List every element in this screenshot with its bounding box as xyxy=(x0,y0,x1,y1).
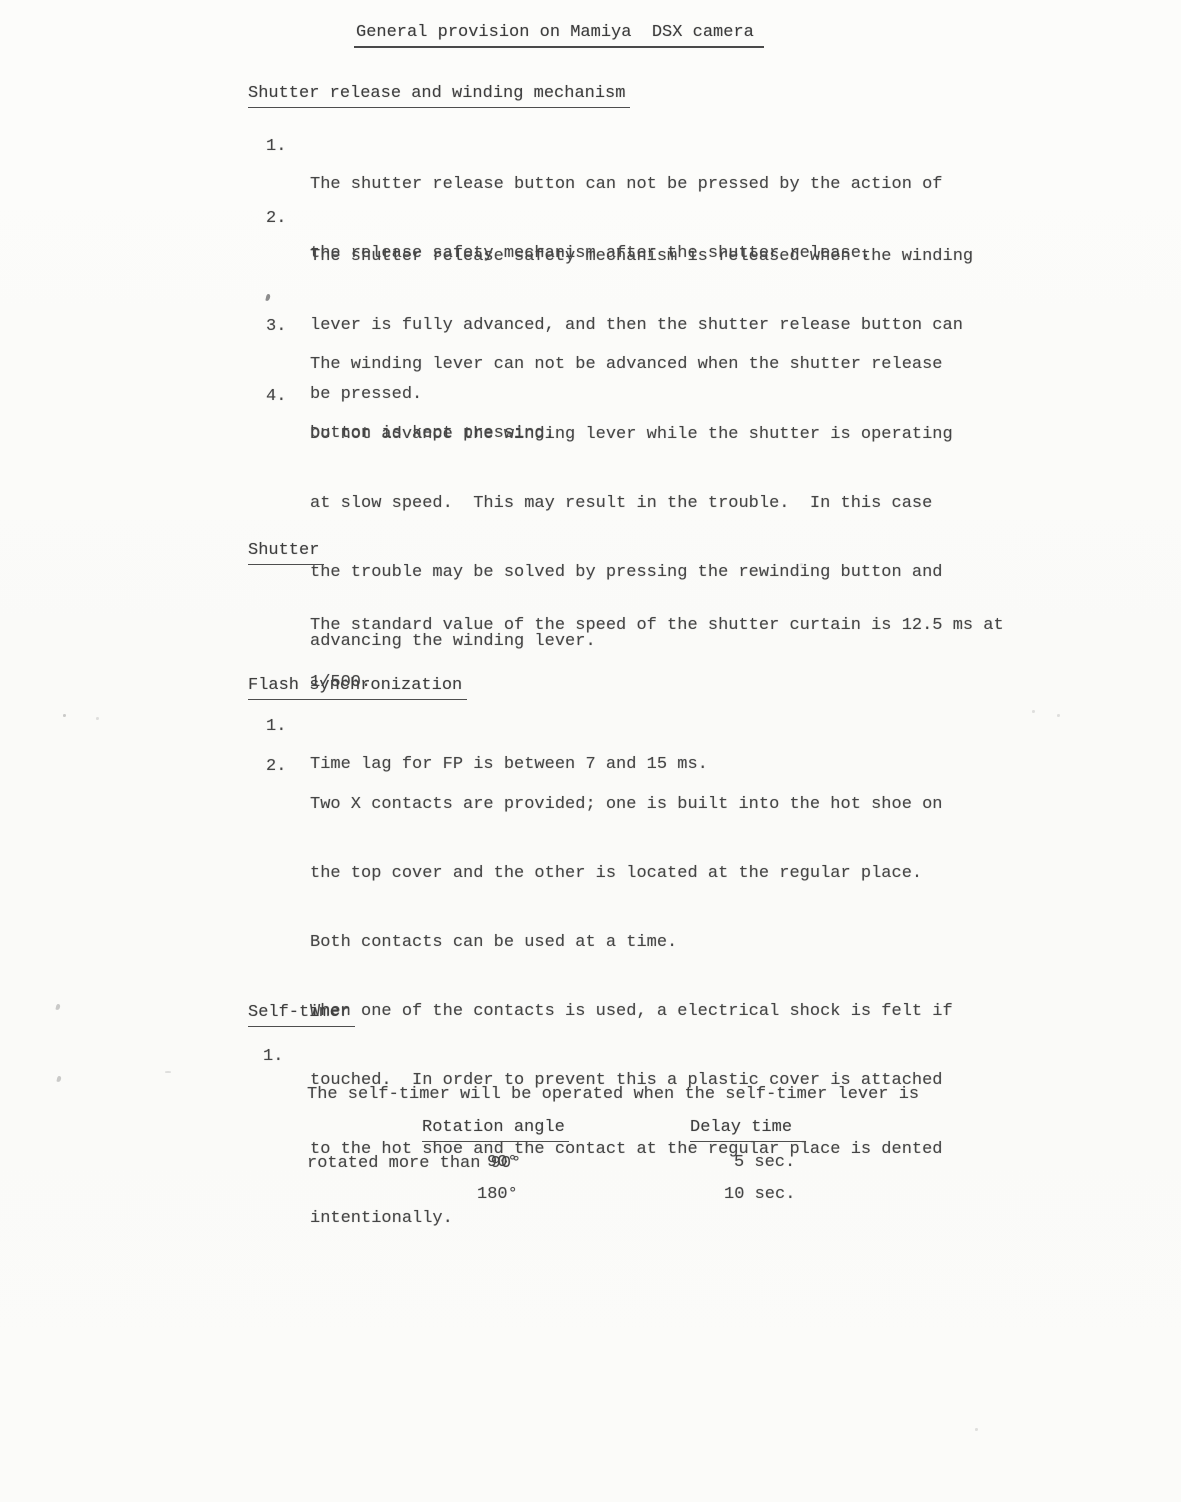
text-line: at slow speed. This may result in the tr… xyxy=(310,488,953,519)
list-item-text: The self-timer will be operated when the… xyxy=(307,1041,919,1217)
text-line: rotated more than 90° xyxy=(307,1148,919,1179)
section-heading-shutter: Shutter xyxy=(248,541,324,565)
scan-speck xyxy=(1057,714,1060,717)
text-line: The standard value of the speed of the s… xyxy=(310,616,1004,635)
scan-speck xyxy=(96,717,99,720)
text-line: Do not advance the winding lever while t… xyxy=(310,419,953,450)
text-line: the top cover and the other is located a… xyxy=(310,858,953,889)
table-cell-angle: 180° xyxy=(477,1185,518,1205)
shutter-paragraph: The standard value of the speed of the s… xyxy=(310,578,1004,730)
table-cell-delay: 5 sec. xyxy=(734,1153,795,1173)
text-line: When one of the contacts is used, a elec… xyxy=(310,996,953,1027)
text-line: The shutter release button can not be pr… xyxy=(310,169,943,200)
table-header-rotation-angle: Rotation angle xyxy=(422,1118,569,1142)
section-heading-shutter-release: Shutter release and winding mechanism xyxy=(248,84,630,108)
text-line: Both contacts can be used at a time. xyxy=(310,927,953,958)
scan-speck xyxy=(1032,710,1035,713)
scan-speck xyxy=(56,1076,61,1083)
scan-speck xyxy=(63,714,66,717)
text-line: The self-timer will be operated when the… xyxy=(307,1079,919,1110)
table-cell-delay: 10 sec. xyxy=(724,1185,795,1205)
text-line: The shutter release safety mechanism is … xyxy=(310,241,973,272)
scan-speck xyxy=(165,1071,171,1073)
text-line: The winding lever can not be advanced wh… xyxy=(310,349,943,380)
section-heading-self-timer: Self-timer xyxy=(248,1003,355,1027)
scanned-document-page: General provision on Mamiya DSX camera S… xyxy=(0,0,1181,1502)
table-cell-angle: 90° xyxy=(487,1153,518,1173)
scan-speck xyxy=(55,1004,60,1011)
list-item: 1. The self-timer will be operated when … xyxy=(263,1041,919,1217)
section-heading-flash-sync: Flash synchronization xyxy=(248,676,467,700)
text-line: Two X contacts are provided; one is buil… xyxy=(310,789,953,820)
scan-speck xyxy=(975,1428,978,1431)
list-item-number: 4. xyxy=(266,381,310,695)
list-item-number: 1. xyxy=(263,1041,307,1217)
page-title: General provision on Mamiya DSX camera xyxy=(354,23,764,48)
table-header-delay-time: Delay time xyxy=(690,1118,806,1142)
